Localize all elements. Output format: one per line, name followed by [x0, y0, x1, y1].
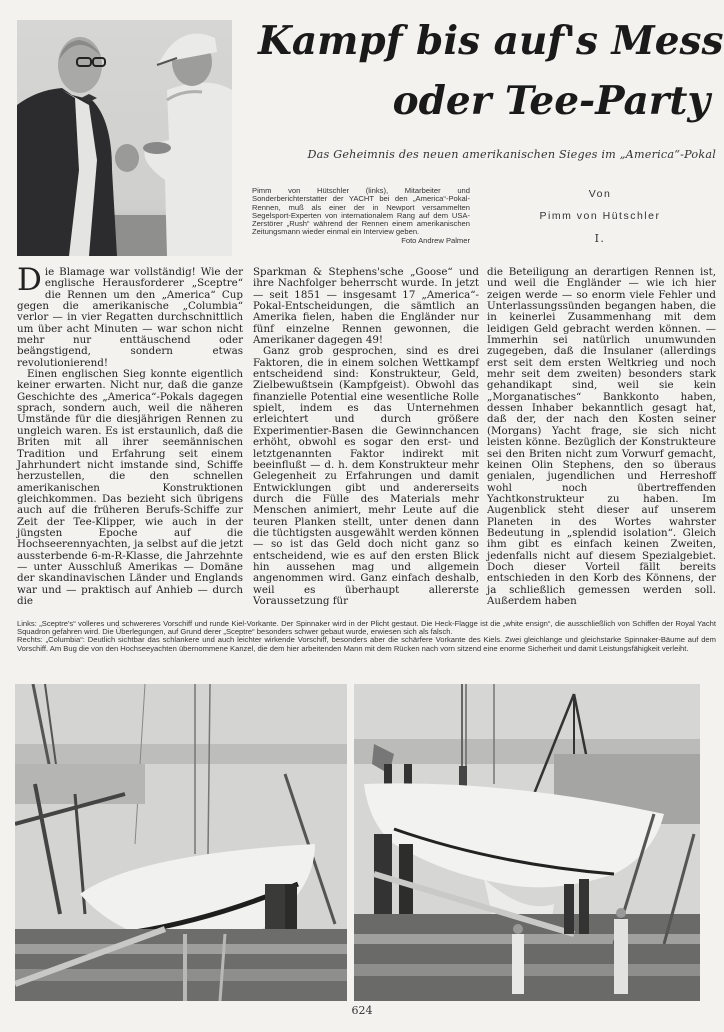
headline-line-1: Kampf bis auf's Messer — [258, 18, 724, 64]
article-subtitle: Das Geheimnis des neuen amerikanischen S… — [256, 148, 716, 161]
sceptre-photo — [15, 684, 347, 1001]
interview-photo-graphic — [17, 20, 232, 256]
paragraph: die Beteiligung an derartigen Rennen ist… — [487, 267, 716, 607]
caption-text: Pimm von Hütschler (links), Mitarbeiter … — [252, 186, 470, 236]
byline-von: Von — [500, 188, 700, 200]
paragraph: Ganz grob gesprochen, sind es drei Fakto… — [253, 346, 479, 607]
caption-left: Links: „Sceptre's“ volleres und schwerer… — [17, 620, 716, 636]
body-column-3: die Beteiligung an derartigen Rennen ist… — [487, 267, 716, 607]
interview-photo-caption: Pimm von Hütschler (links), Mitarbeiter … — [252, 187, 470, 245]
drop-cap: D — [17, 268, 42, 292]
paragraph: Sparkman & Stephens'sche „Goose“ und ihr… — [253, 267, 479, 346]
yacht-photo-captions: Links: „Sceptre's“ volleres und schwerer… — [17, 620, 716, 653]
headline-line-2: oder Tee-Party — [393, 78, 710, 124]
byline-author: Pimm von Hütschler — [500, 210, 700, 222]
columbia-photo-graphic — [354, 684, 700, 1001]
body-column-1: Die Blamage war vollständig! Wie der eng… — [17, 267, 243, 607]
paragraph: Die Blamage war vollständig! Wie der eng… — [17, 267, 243, 369]
article-part-number: I. — [500, 232, 700, 245]
columbia-photo — [354, 684, 700, 1001]
photo-credit: Foto Andrew Palmer — [252, 237, 470, 245]
page-number: 624 — [340, 1004, 384, 1017]
caption-right: Rechts: „Columbia“: Deutlich sichtbar da… — [17, 636, 716, 652]
paragraph: Einen englischen Sieg konnte eigentlich … — [17, 369, 243, 607]
sceptre-photo-graphic — [15, 684, 347, 1001]
byline: Von Pimm von Hütschler I. — [500, 188, 700, 245]
body-column-2: Sparkman & Stephens'sche „Goose“ und ihr… — [253, 267, 479, 607]
author-interview-photo — [17, 20, 232, 256]
